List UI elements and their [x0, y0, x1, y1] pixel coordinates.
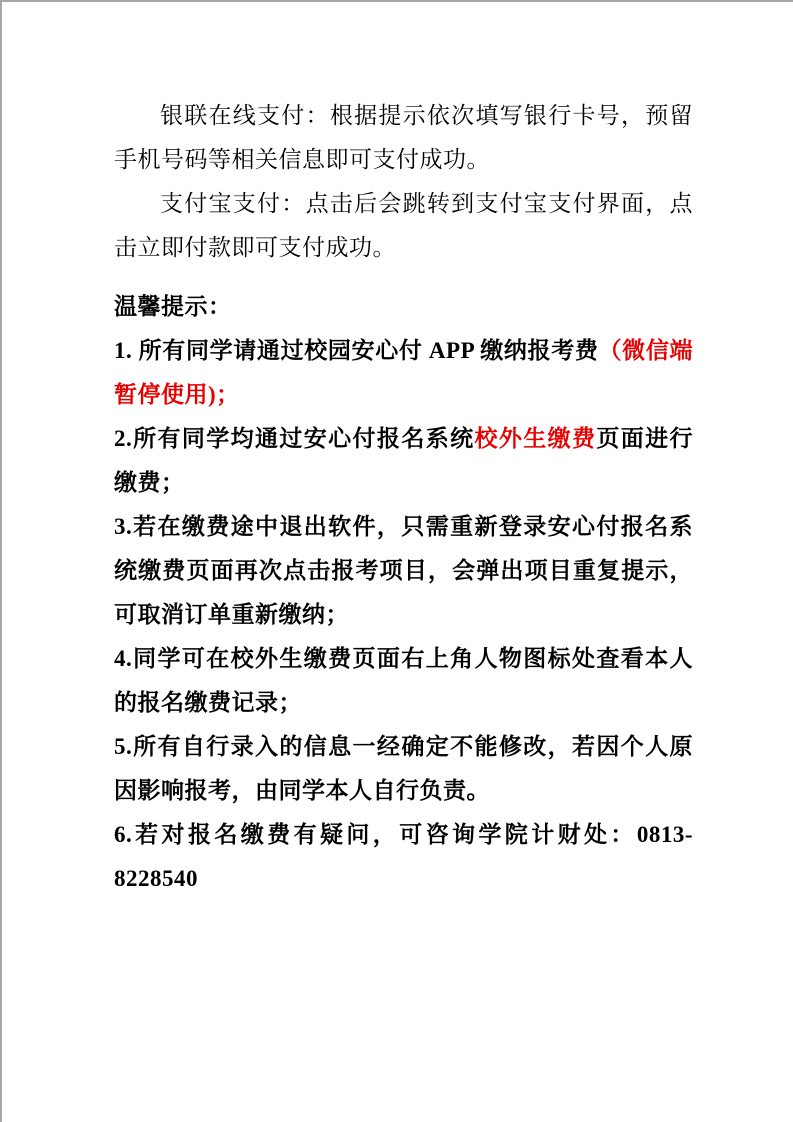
tip-item-4: 4.同学可在校外生缴费页面右上角人物图标处查看本人的报名缴费记录；	[114, 637, 693, 725]
tip-1-text: 1. 所有同学请通过校园安心付 APP 缴纳报考费	[114, 338, 599, 363]
paragraph-unionpay-payment: 银联在线支付：根据提示依次填写银行卡号，预留手机号码等相关信息即可支付成功。	[114, 94, 693, 182]
tip-item-5: 5.所有自行录入的信息一经确定不能修改，若因个人原因影响报考，由同学本人自行负责…	[114, 725, 693, 813]
paragraph-alipay-payment: 支付宝支付：点击后会跳转到支付宝支付界面，点击立即付款即可支付成功。	[114, 182, 693, 270]
tip-item-1: 1. 所有同学请通过校园安心付 APP 缴纳报考费（微信端暂停使用)；	[114, 329, 693, 417]
tip-item-3: 3.若在缴费途中退出软件，只需重新登录安心付报名系统缴费页面再次点击报考项目，会…	[114, 505, 693, 637]
tip-2-text: 2.所有同学均通过安心付报名系统	[114, 426, 474, 451]
tip-item-2: 2.所有同学均通过安心付报名系统校外生缴费页面进行缴费；	[114, 417, 693, 505]
tips-heading: 温馨提示：	[114, 285, 693, 329]
tip-6-text: 6.若对报名缴费有疑问，可咨询学院计财处：0813-8228540	[114, 822, 693, 891]
tip-4-text: 4.同学可在校外生缴费页面右上角人物图标处查看本人的报名缴费记录；	[114, 646, 693, 715]
tip-item-6: 6.若对报名缴费有疑问，可咨询学院计财处：0813-8228540	[114, 813, 693, 901]
document-content: 银联在线支付：根据提示依次填写银行卡号，预留手机号码等相关信息即可支付成功。 支…	[2, 2, 793, 901]
document-page: { "page": { "background": "#ffffff", "ed…	[0, 0, 793, 1122]
tip-3-text: 3.若在缴费途中退出软件，只需重新登录安心付报名系统缴费页面再次点击报考项目，会…	[114, 514, 693, 627]
tip-2-red-text: 校外生缴费	[474, 426, 596, 451]
tip-5-text: 5.所有自行录入的信息一经确定不能修改，若因个人原因影响报考，由同学本人自行负责…	[114, 734, 693, 803]
